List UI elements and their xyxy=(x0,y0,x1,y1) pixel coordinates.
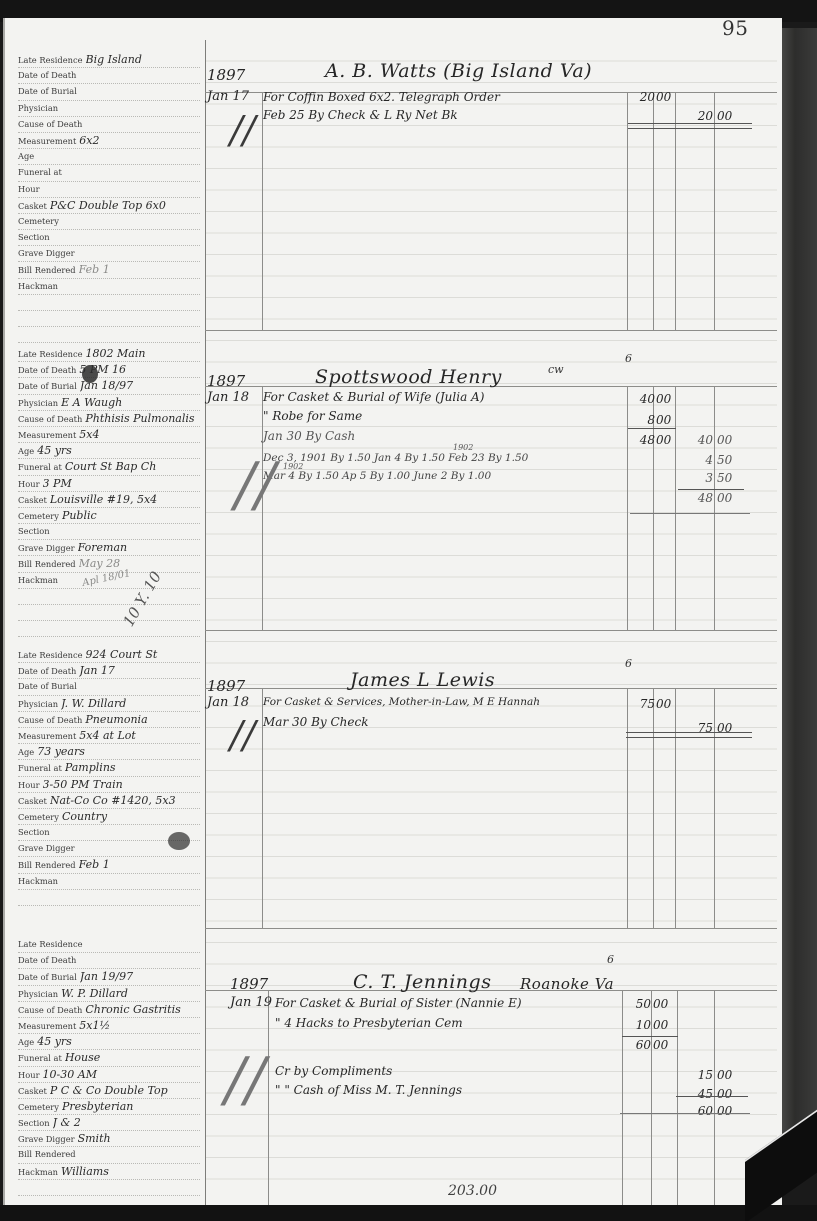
entry-line: Jan 30 By Cash xyxy=(263,429,355,443)
field-hackman: HackmanWilliams xyxy=(18,1164,200,1180)
field-physician: PhysicianE A Waugh xyxy=(18,395,200,411)
field-age: Age xyxy=(18,149,200,165)
label: Section xyxy=(18,524,50,539)
blank-line xyxy=(18,327,200,343)
subtotal-rule xyxy=(676,1096,748,1097)
debit-dollars: 50 xyxy=(625,997,651,1011)
credit-dollars: 3 xyxy=(685,471,713,485)
subtotal-rule xyxy=(628,428,676,429)
value: Jan 17 xyxy=(79,663,200,678)
label: Late Residence xyxy=(18,53,83,68)
value: E A Waugh xyxy=(61,395,200,410)
name-suffix: cw xyxy=(548,363,564,376)
debit-cents: 00 xyxy=(653,1018,675,1032)
field-bill-rendered: Bill RenderedFeb 1 xyxy=(18,857,200,873)
entry-line: For Casket & Burial of Wife (Julia A) xyxy=(263,390,484,404)
label: Late Residence xyxy=(18,648,83,663)
label: Funeral at xyxy=(18,1051,62,1066)
ink-blot xyxy=(82,365,98,383)
field-physician: PhysicianJ. W. Dillard xyxy=(18,696,200,712)
field-date-of-burial: Date of Burial xyxy=(18,679,200,695)
debit-total-cents: 00 xyxy=(653,1038,675,1052)
label: Age xyxy=(18,745,34,760)
label: Cemetery xyxy=(18,1100,59,1115)
label: Funeral at xyxy=(18,761,62,776)
record-form-henry: Late Residence1802 Main Date of Death5 P… xyxy=(18,346,200,637)
entry-line: Cr by Compliments xyxy=(275,1064,392,1078)
field-late-residence: Late Residence1802 Main xyxy=(18,346,200,362)
field-hour: Hour3-50 PM Train xyxy=(18,777,200,793)
value: Jan 18/97 xyxy=(80,378,200,393)
entry-line: " Robe for Same xyxy=(263,409,362,423)
label: Cemetery xyxy=(18,509,59,524)
field-measurement: Measurement5x4 at Lot xyxy=(18,728,200,744)
label: Hackman xyxy=(18,279,58,294)
label: Date of Death xyxy=(18,363,76,378)
field-measurement: Measurement5x4 xyxy=(18,427,200,443)
field-casket: CasketNat-Co Co #1420, 5x3 xyxy=(18,793,200,809)
page-number: 95 xyxy=(722,16,748,40)
credit-cents: 50 xyxy=(717,453,739,467)
field-cemetery: Cemetery xyxy=(18,214,200,230)
field-date-of-death: Date of Death5 PM 16 xyxy=(18,362,200,378)
entry-name: A. B. Watts (Big Island Va) xyxy=(325,60,592,82)
field-physician: PhysicianW. P. Dillard xyxy=(18,986,200,1002)
entry-year: 1897 xyxy=(207,66,245,84)
entry-location: Roanoke Va xyxy=(520,975,614,993)
value: Court St Bap Ch xyxy=(65,459,200,474)
debit-cents: 00 xyxy=(656,392,678,406)
label: Bill Rendered xyxy=(18,557,76,572)
blank-line xyxy=(18,295,200,311)
entry-year: 1897 xyxy=(207,372,245,390)
field-grave-digger: Grave DiggerForeman xyxy=(18,540,200,556)
label: Grave Digger xyxy=(18,841,75,856)
label: Date of Death xyxy=(18,953,76,968)
label: Physician xyxy=(18,101,58,116)
blank-line xyxy=(18,621,200,637)
label: Cemetery xyxy=(18,810,59,825)
value: Louisville #19, 5x4 xyxy=(50,492,200,507)
value: May 28 xyxy=(79,556,200,571)
blank-line xyxy=(18,589,200,605)
value: Nat-Co Co #1420, 5x3 xyxy=(50,793,200,808)
field-casket: CasketP&C Double Top 6x0 xyxy=(18,198,200,214)
credit-cents: 00 xyxy=(717,1087,739,1101)
label: Cause of Death xyxy=(18,1003,82,1018)
value: Country xyxy=(62,809,200,824)
label: Date of Death xyxy=(18,68,76,83)
field-cause-of-death: Cause of DeathPhthisis Pulmonalis xyxy=(18,411,200,427)
label: Funeral at xyxy=(18,460,62,475)
debit-dollars: 75 xyxy=(629,697,655,711)
value: W. P. Dillard xyxy=(61,986,200,1001)
credit-dollars: 15 xyxy=(685,1068,713,1082)
label: Physician xyxy=(18,987,58,1002)
blank-line xyxy=(18,890,200,906)
credit-cents: 00 xyxy=(717,433,739,447)
entry-marker: 6 xyxy=(625,657,632,670)
entry-line: For Casket & Services, Mother-in-Law, M … xyxy=(263,696,540,708)
debit-cents: 00 xyxy=(656,697,678,711)
field-physician: Physician xyxy=(18,101,200,117)
record-form-jennings: Late Residence Date of Death Date of Bur… xyxy=(18,937,200,1221)
entry-line: Mar 4 By 1.50 Ap 5 By 1.00 June 2 By 1.0… xyxy=(263,470,491,482)
field-cemetery: CemeteryPresbyterian xyxy=(18,1099,200,1115)
field-cause-of-death: Cause of Death xyxy=(18,117,200,133)
entry-name: James L Lewis xyxy=(350,669,495,691)
settled-rule xyxy=(630,513,750,514)
page-total: 203.00 xyxy=(448,1183,497,1199)
field-cause-of-death: Cause of DeathPneumonia xyxy=(18,712,200,728)
subtotal-rule xyxy=(622,1036,678,1037)
label: Casket xyxy=(18,493,47,508)
entry-date: Jan 18 xyxy=(207,695,249,710)
field-section: SectionJ & 2 xyxy=(18,1115,200,1131)
label: Age xyxy=(18,149,34,164)
value: 5x4 at Lot xyxy=(79,728,200,743)
field-date-of-death: Date of Death xyxy=(18,68,200,84)
value: P&C Double Top 6x0 xyxy=(50,198,200,213)
label: Cause of Death xyxy=(18,412,82,427)
field-bill-rendered: Bill RenderedMay 28 xyxy=(18,556,200,572)
label: Measurement xyxy=(18,134,76,149)
label: Cause of Death xyxy=(18,713,82,728)
field-cemetery: CemeteryCountry xyxy=(18,809,200,825)
entry-line: For Casket & Burial of Sister (Nannie E) xyxy=(275,996,522,1010)
credit-total-dollars: 48 xyxy=(685,491,713,505)
entry-year: 1897 xyxy=(230,975,268,993)
label: Date of Burial xyxy=(18,379,77,394)
label: Hackman xyxy=(18,1165,58,1180)
ledger-entry-jennings: 1897 C. T. Jennings Roanoke Va 6 Jan 19 … xyxy=(205,965,777,1205)
label: Hour xyxy=(18,182,40,197)
credit-cents: 00 xyxy=(717,109,739,123)
blank-line xyxy=(18,605,200,621)
paid-check-mark: // xyxy=(235,450,275,520)
value: 5x4 xyxy=(79,427,200,442)
label: Physician xyxy=(18,396,58,411)
credit-cents: 00 xyxy=(717,1068,739,1082)
label: Hackman xyxy=(18,573,58,588)
field-grave-digger: Grave DiggerSmith xyxy=(18,1131,200,1147)
label: Measurement xyxy=(18,428,76,443)
value: 10-30 AM xyxy=(43,1067,200,1082)
value: Smith xyxy=(78,1131,200,1146)
field-cemetery: CemeteryPublic xyxy=(18,508,200,524)
value: 924 Court St xyxy=(86,647,200,662)
value: 45 yrs xyxy=(37,443,200,458)
credit-total-dollars: 60 xyxy=(685,1104,713,1118)
field-age: Age45 yrs xyxy=(18,443,200,459)
record-form-lewis: Late Residence924 Court St Date of Death… xyxy=(18,647,200,906)
label: Late Residence xyxy=(18,937,83,952)
entry-year: 1897 xyxy=(207,677,245,695)
debit-cents: 00 xyxy=(656,433,678,447)
entry-date: Jan 17 xyxy=(207,89,249,104)
field-funeral-at: Funeral atHouse xyxy=(18,1050,200,1066)
debit-total-dollars: 60 xyxy=(625,1038,651,1052)
settled-double-rule xyxy=(626,732,752,738)
record-form-watts: Late ResidenceBig Island Date of Death D… xyxy=(18,52,200,343)
label: Section xyxy=(18,230,50,245)
field-bill-rendered: Bill RenderedFeb 1 xyxy=(18,262,200,278)
field-casket: CasketLouisville #19, 5x4 xyxy=(18,492,200,508)
value: 3-50 PM Train xyxy=(43,777,200,792)
field-date-of-death: Date of DeathJan 17 xyxy=(18,663,200,679)
field-age: Age45 yrs xyxy=(18,1034,200,1050)
settled-double-rule xyxy=(628,123,752,129)
credit-total-cents: 00 xyxy=(717,1104,739,1118)
entry-line: " 4 Hacks to Presbyterian Cem xyxy=(275,1016,463,1030)
debit-dollars: 8 xyxy=(629,413,655,427)
label: Grave Digger xyxy=(18,246,75,261)
value: House xyxy=(65,1050,200,1065)
credit-total-cents: 00 xyxy=(717,491,739,505)
ledger-entry-watts: 1897 A. B. Watts (Big Island Va) Jan 17 … xyxy=(205,58,777,328)
paid-check-mark: // xyxy=(230,713,256,757)
value: Pneumonia xyxy=(85,712,200,727)
debit-dollars: 10 xyxy=(625,1018,651,1032)
entry-separator xyxy=(205,928,777,929)
label: Casket xyxy=(18,1084,47,1099)
label: Measurement xyxy=(18,1019,76,1034)
credit-dollars: 40 xyxy=(685,433,713,447)
field-hour: Hour10-30 AM xyxy=(18,1067,200,1083)
field-late-residence: Late Residence924 Court St xyxy=(18,647,200,663)
entry-line: For Coffin Boxed 6x2. Telegraph Order xyxy=(263,90,500,104)
label: Age xyxy=(18,1035,34,1050)
debit-cents: 00 xyxy=(656,413,678,427)
field-funeral-at: Funeral at xyxy=(18,165,200,181)
entry-line: Mar 30 By Check xyxy=(263,715,369,729)
value: Williams xyxy=(61,1164,200,1179)
value: 6x2 xyxy=(79,133,200,148)
field-date-of-burial: Date of BurialJan 18/97 xyxy=(18,378,200,394)
label: Grave Digger xyxy=(18,1132,75,1147)
value: P C & Co Double Top xyxy=(50,1083,200,1098)
value: Foreman xyxy=(78,540,200,555)
value: 5x1½ xyxy=(79,1018,200,1033)
debit-cents: 00 xyxy=(653,997,675,1011)
label: Cause of Death xyxy=(18,117,82,132)
value: 1802 Main xyxy=(86,346,200,361)
blank-line xyxy=(18,1180,200,1196)
label: Late Residence xyxy=(18,347,83,362)
entry-line: " " Cash of Miss M. T. Jennings xyxy=(275,1083,462,1097)
credit-cents: 50 xyxy=(717,471,739,485)
field-casket: CasketP C & Co Double Top xyxy=(18,1083,200,1099)
value: J & 2 xyxy=(53,1115,200,1130)
field-hackman: Hackman xyxy=(18,279,200,295)
field-hour: Hour3 PM xyxy=(18,476,200,492)
value: Feb 1 xyxy=(79,857,200,872)
label: Section xyxy=(18,825,50,840)
debit-dollars: 48 xyxy=(629,433,655,447)
entry-marker: 6 xyxy=(607,953,614,966)
entry-date: Jan 19 xyxy=(230,995,272,1010)
entry-name: Spottswood Henry xyxy=(315,366,502,388)
scan-background-bottom xyxy=(0,1205,817,1221)
field-cause-of-death: Cause of DeathChronic Gastritis xyxy=(18,1002,200,1018)
label: Bill Rendered xyxy=(18,1147,76,1162)
label: Grave Digger xyxy=(18,541,75,556)
settled-rule xyxy=(620,1113,750,1114)
value: Pamplins xyxy=(65,760,200,775)
label: Date of Burial xyxy=(18,970,77,985)
entry-separator xyxy=(205,630,777,631)
entry-name: C. T. Jennings xyxy=(353,971,491,993)
field-section: Section xyxy=(18,524,200,540)
label: Casket xyxy=(18,199,47,214)
label: Funeral at xyxy=(18,165,62,180)
value: Presbyterian xyxy=(62,1099,200,1114)
year-annotation: 1902 xyxy=(453,443,473,452)
entry-date: Jan 18 xyxy=(207,390,249,405)
field-grave-digger: Grave Digger xyxy=(18,246,200,262)
entry-separator xyxy=(205,330,777,331)
ink-blot xyxy=(168,832,190,850)
subtotal-rule xyxy=(678,489,744,490)
label: Hour xyxy=(18,477,40,492)
field-hackman: Hackman xyxy=(18,874,200,890)
label: Cemetery xyxy=(18,214,59,229)
debit-cents: 00 xyxy=(656,90,678,104)
value: J. W. Dillard xyxy=(61,696,200,711)
value: Public xyxy=(62,508,200,523)
field-section: Section xyxy=(18,230,200,246)
field-funeral-at: Funeral atCourt St Bap Ch xyxy=(18,459,200,475)
label: Hour xyxy=(18,778,40,793)
label: Casket xyxy=(18,794,47,809)
label: Hackman xyxy=(18,874,58,889)
entry-marker: 6 xyxy=(625,352,632,365)
field-date-of-burial: Date of BurialJan 19/97 xyxy=(18,969,200,985)
field-measurement: Measurement5x1½ xyxy=(18,1018,200,1034)
ledger-entry-lewis: 1897 James L Lewis 6 Jan 18 For Casket &… xyxy=(205,665,777,925)
field-hour: Hour xyxy=(18,182,200,198)
value: 73 years xyxy=(37,744,200,759)
label: Hour xyxy=(18,1068,40,1083)
paid-check-mark: // xyxy=(225,1045,265,1115)
value: Jan 19/97 xyxy=(80,969,200,984)
credit-dollars: 20 xyxy=(685,109,713,123)
entry-line: Feb 25 By Check & L Ry Net Bk xyxy=(263,108,458,122)
debit-dollars: 40 xyxy=(629,392,655,406)
value: 3 PM xyxy=(43,476,200,491)
field-bill-rendered: Bill Rendered xyxy=(18,1147,200,1163)
paid-check-mark: // xyxy=(230,108,256,152)
field-date-of-burial: Date of Burial xyxy=(18,84,200,100)
field-measurement: Measurement6x2 xyxy=(18,133,200,149)
label: Date of Death xyxy=(18,664,76,679)
value: 45 yrs xyxy=(37,1034,200,1049)
credit-dollars: 45 xyxy=(685,1087,713,1101)
ledger-entry-henry: 1897 Spottswood Henry cw 6 Jan 18 For Ca… xyxy=(205,360,777,630)
label: Physician xyxy=(18,697,58,712)
debit-dollars: 20 xyxy=(629,90,655,104)
label: Date of Burial xyxy=(18,84,77,99)
label: Bill Rendered xyxy=(18,263,76,278)
value: Chronic Gastritis xyxy=(85,1002,200,1017)
label: Bill Rendered xyxy=(18,858,76,873)
label: Measurement xyxy=(18,729,76,744)
label: Date of Burial xyxy=(18,679,77,694)
credit-dollars: 4 xyxy=(685,453,713,467)
label: Age xyxy=(18,444,34,459)
blank-line xyxy=(18,311,200,327)
book-edge xyxy=(780,28,817,1138)
field-funeral-at: Funeral atPamplins xyxy=(18,760,200,776)
label: Section xyxy=(18,1116,50,1131)
value: Big Island xyxy=(86,52,200,67)
field-age: Age73 years xyxy=(18,744,200,760)
value: Feb 1 xyxy=(79,262,200,277)
value: Phthisis Pulmonalis xyxy=(85,411,200,426)
field-late-residence: Late ResidenceBig Island xyxy=(18,52,200,68)
field-date-of-death: Date of Death xyxy=(18,953,200,969)
field-late-residence: Late Residence xyxy=(18,937,200,953)
